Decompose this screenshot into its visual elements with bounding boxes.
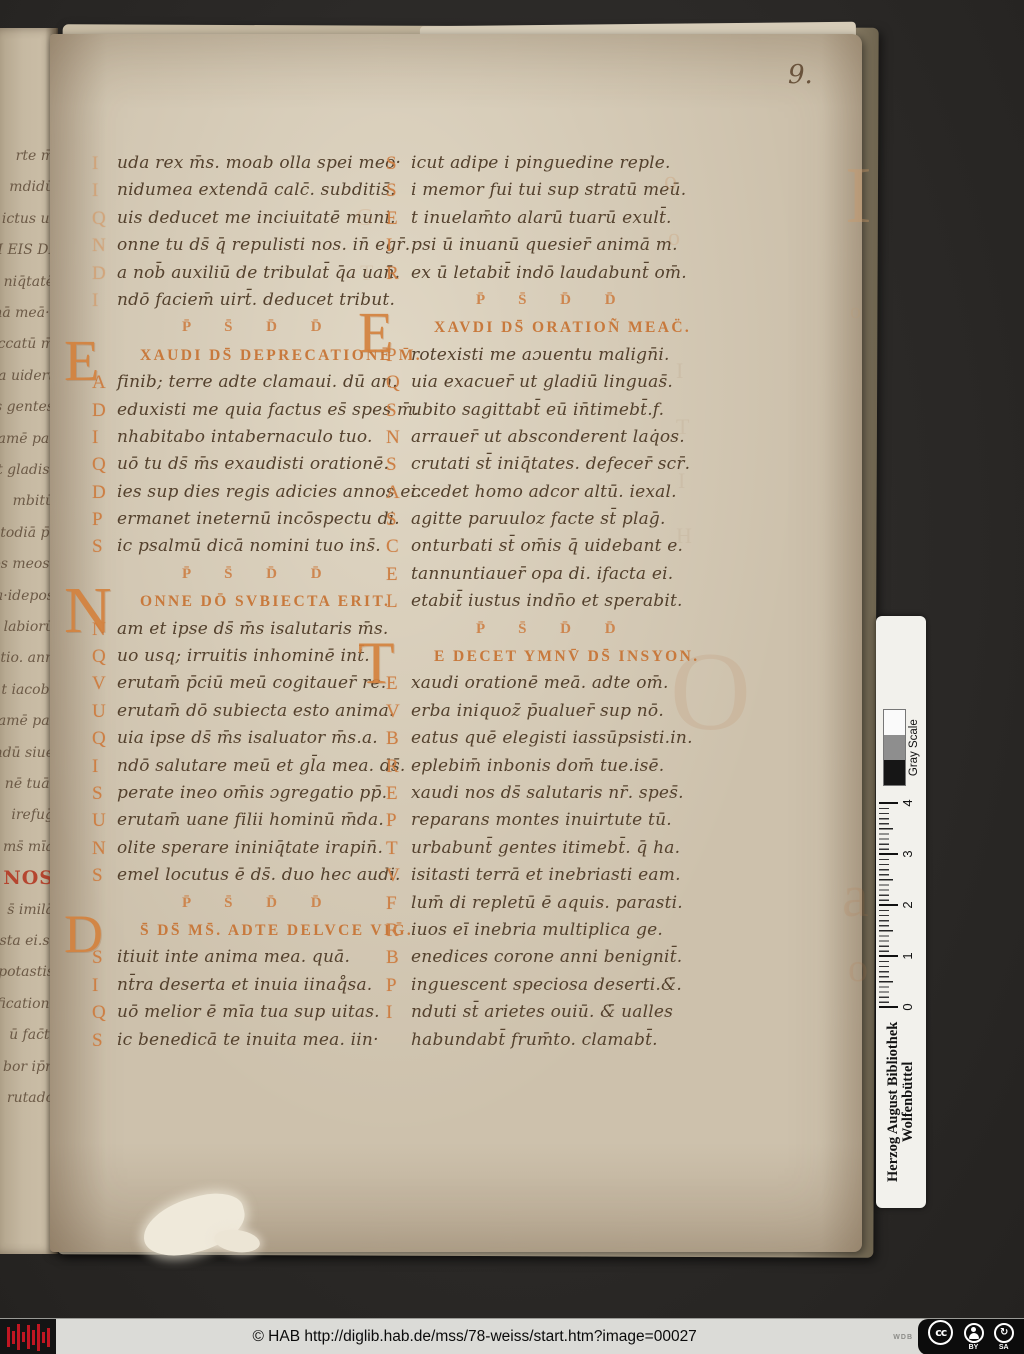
verse-line: Verutam̄ p̄ciū meū cogitauer̄ re.: [92, 670, 394, 697]
gutter-fragment: t iacob.: [1, 682, 54, 698]
versal-letter: N: [386, 424, 411, 451]
verse-line: Accedet homo adcor altū. iexal.: [386, 479, 688, 506]
wdb-mark: WDB: [893, 1334, 913, 1341]
gutter-fragment: usta ei.s.: [0, 933, 54, 949]
verse-line: Sitiuit inte anima mea. quā.: [92, 944, 394, 971]
gutter-fragment: ccatū m̄: [0, 336, 54, 352]
verse-text: erutam̄ dō subiecta esto anima.: [117, 698, 395, 725]
verse-line: Sic psalmū dicā nomini tuo ins̄.: [92, 533, 394, 560]
verse-line: Pinguescent speciosa deserti.&̄.: [386, 972, 688, 999]
versal-letter: N: [92, 232, 117, 259]
scanned-manuscript-view: rte m̄mdidūictus ulM EIS DIniq̄tatēnā me…: [0, 0, 1024, 1354]
verse-line: Indō salutare meū et gl̄a mea. ds̄.: [92, 753, 394, 780]
gutter-fragment: ms̄ mīa: [3, 839, 54, 855]
verse-text: a nob̄ auxiliū de tribulat̄ q̄a uan̄.: [117, 260, 400, 287]
gutter-fragment: s̄ imilā: [7, 902, 54, 918]
verse-line: Flum̄ di repletū ē aquis. parasti.: [386, 890, 688, 917]
psalm-incipit-heading: E DECET YMNV̄ DS̄ INSYON.: [386, 643, 688, 670]
verse-line: Nam et ipse ds̄ m̄s isalutaris m̄s.: [92, 616, 394, 643]
versal-letter: R: [386, 260, 411, 287]
verse-text: erutam̄ p̄ciū meū cogitauer̄ re.: [117, 670, 386, 697]
ruler-strip: Herzog August Bibliothek Wolfenbüttel 01…: [876, 616, 926, 1208]
gray-scale-label: Gray Scale: [908, 719, 920, 776]
verse-line: Nonne tu ds̄ q̄ repulisti nos. in̄ egr̄.: [92, 232, 394, 259]
patch-white: [884, 710, 905, 735]
verse-text: nduti st̄ arietes ouiū. &̄ ualles: [411, 999, 673, 1026]
verse-text: uis deducet me inciuitatē muni.: [117, 205, 396, 232]
verse-text: iuos eī inebria multiplica ge.: [411, 917, 663, 944]
verse-line: Subito sagittabt̄ eū in̄timebt̄.f.: [386, 397, 688, 424]
psalm-initial: E: [64, 332, 99, 390]
versal-letter: V: [386, 862, 411, 889]
footer-credit-url[interactable]: © HAB http://diglib.hab.de/mss/78-weiss/…: [56, 1328, 893, 1346]
versal-letter: S: [92, 1027, 117, 1054]
versal-letter: S: [386, 506, 411, 533]
versal-letter: Q: [92, 205, 117, 232]
versal-letter: S: [386, 150, 411, 177]
verse-text: eplebim̄ inbonis dom̄ tue.isē.: [411, 753, 664, 780]
gutter-fragment: nē tuā.: [5, 776, 54, 792]
versal-letter: Q: [92, 725, 117, 752]
verse-text: xaudi nos ds̄ salutaris nr̄. spes̄.: [411, 780, 684, 807]
gutter-fragment: nā meā·i: [0, 305, 54, 321]
verse-line: Quo usq; irruitis inhominē int̄.: [92, 643, 394, 670]
versal-letter: U: [92, 698, 117, 725]
gutter-fragment: t gladis.: [0, 462, 54, 478]
verse-text: lum̄ di repletū ē aquis. parasti.: [411, 890, 683, 917]
text-column-right: Sicut adipe i pinguedine reple.Si memor …: [386, 150, 688, 1054]
psalm-rubric: P̄ S̄ D̄ D̄: [386, 287, 688, 314]
verse-text: rotexisti me aɔuentu malign̄i.: [411, 342, 670, 369]
verse-text: urbabunt̄ gentes itimebt̄. q̄ ha.: [411, 835, 680, 862]
verse-text: psi ū inuanū quesier̄ animā m.: [411, 232, 678, 259]
reference-ruler: Herzog August Bibliothek Wolfenbüttel 01…: [876, 616, 926, 1208]
psalm-incipit-heading: ONNE DŌ SVBIECTA ERIT.: [92, 588, 394, 615]
gutter-fragment: a uidert: [0, 368, 54, 384]
verse-line: Uerutam̄ uane filii hominū m̄da.: [92, 807, 394, 834]
versal-letter: T: [386, 835, 411, 862]
versal-letter: S: [92, 780, 117, 807]
psalm-incipit-heading: XAUDI DS̄ DEPRECATIONĒ M̄.: [92, 342, 394, 369]
versal-letter: I: [92, 177, 117, 204]
cc-icon-group: cc: [928, 1320, 953, 1354]
verse-text: ic psalmū dicā nomini tuo ins̄.: [117, 533, 381, 560]
gutter-fragment: labiorū: [4, 619, 54, 635]
sa-label: SA: [999, 1344, 1009, 1352]
by-label: BY: [969, 1344, 979, 1352]
library-name-line1: Herzog August Bibliothek: [886, 1022, 902, 1182]
ruler-number: 0: [900, 1003, 915, 1010]
versal-letter: D: [92, 479, 117, 506]
verse-line: Inhabitabo intabernaculo tuo.: [92, 424, 394, 451]
verse-text: uda rex m̄s. moab olla spei meo·: [117, 150, 401, 177]
verse-text: isitasti terrā et inebriasti eam.: [411, 862, 681, 889]
verse-text: onne tu ds̄ q̄ repulisti nos. in̄ egr̄.: [117, 232, 410, 259]
verse-text: i memor fui tui sup stratū meū.: [411, 177, 686, 204]
verse-text: agitte paruuloz facte st̄ plaḡ.: [411, 506, 666, 533]
versal-letter: P: [386, 972, 411, 999]
verse-line: Sicut adipe i pinguedine reple.: [386, 150, 688, 177]
versal-letter: P: [386, 807, 411, 834]
verse-text: emel locutus ē ds̄. duo hec audi.: [117, 862, 401, 889]
ruler-number: 3: [900, 850, 915, 857]
gutter-fragment: irefuḡ: [11, 807, 54, 823]
verse-text: ccedet homo adcor altū. iexal.: [411, 479, 677, 506]
share-alike-arrow-icon: ↻: [994, 1323, 1014, 1343]
patch-gray: [884, 735, 905, 760]
verse-text: tannuntiauer̄ opa di. ifacta ei.: [411, 561, 673, 588]
verse-text: eduxisti me quia factus es̄ spes m̄.: [117, 397, 419, 424]
gutter-fragment: rutado: [7, 1090, 54, 1106]
verse-text: uo usq; irruitis inhominē int̄.: [117, 643, 370, 670]
gutter-fragment: fication.: [0, 996, 54, 1012]
gutter-fragment: a·idepos: [0, 588, 54, 604]
verse-text: ubito sagittabt̄ eū in̄timebt̄.f.: [411, 397, 664, 424]
versal-letter: Q: [92, 643, 117, 670]
verse-text: icut adipe i pinguedine reple.: [411, 150, 671, 177]
versal-letter: I: [386, 232, 411, 259]
verse-line: Int̄ra deserta et inuia iinaq̊sa.: [92, 972, 394, 999]
verse-line: Riuos eī inebria multiplica ge.: [386, 917, 688, 944]
gray-scale-patches: [883, 709, 906, 786]
gutter-fragment: ictus ul: [2, 211, 54, 227]
verse-text: reparans montes inuirtute tū.: [411, 807, 672, 834]
verse-text: uō tu ds̄ m̄s exaudisti orationē.: [117, 451, 389, 478]
ruler-number: 4: [900, 799, 915, 806]
verse-line: Ipsi ū inuanū quesier̄ animā m.: [386, 232, 688, 259]
gutter-fragment: rte m̄: [16, 148, 54, 164]
verse-text: nt̄ra deserta et inuia iinaq̊sa.: [117, 972, 372, 999]
folio-number: 9.: [788, 60, 813, 90]
versal-letter: Q: [92, 451, 117, 478]
verse-line: Benedices corone anni benignit̄.: [386, 944, 688, 971]
versal-letter: S: [92, 533, 117, 560]
versal-letter: S: [386, 177, 411, 204]
verse-line: Induti st̄ arietes ouiū. &̄ ualles: [386, 999, 688, 1026]
verse-text: enedices corone anni benignit̄.: [411, 944, 682, 971]
verse-line: Permanet ineternū incōspectu di.: [92, 506, 394, 533]
hab-barcode-logo: [0, 1319, 56, 1354]
versal-letter: E: [386, 561, 411, 588]
cm-scale: 01234: [876, 796, 926, 1008]
psalm-initial: E: [358, 304, 393, 362]
verse-line: Indō faciem̄ uirt̄. deducet tribut.: [92, 287, 394, 314]
versal-letter: I: [92, 287, 117, 314]
gutter-fragment: famē pa.: [0, 713, 54, 729]
versal-letter: D: [92, 397, 117, 424]
versal-letter: S: [92, 862, 117, 889]
psalm-rubric: P̄ S̄ D̄ D̄: [92, 890, 394, 917]
verse-line: Sic benedicā te inuita mea. iin·: [92, 1027, 394, 1054]
verse-line: habundabt̄ frum̄to. clamabt̄.: [386, 1027, 688, 1054]
verse-text: uia exacuer̄ ut gladiū linguas̄.: [411, 369, 673, 396]
psalm-incipit-heading: S̄ DS̄ MS̄. ADTE DELVCE VIḠ.: [92, 917, 394, 944]
verse-line: Et inuelam̄to alarū tuarū exult̄.: [386, 205, 688, 232]
psalm-rubric: P̄ S̄ D̄ D̄: [92, 314, 394, 341]
versal-letter: I: [92, 150, 117, 177]
verse-text: inguescent speciosa deserti.&̄.: [411, 972, 682, 999]
versal-letter: I: [386, 999, 411, 1026]
versal-letter: C: [386, 533, 411, 560]
versal-letter: I: [92, 753, 117, 780]
psalm-rubric: P̄ S̄ D̄ D̄: [92, 561, 394, 588]
verse-line: Quō melior ē mīa tua sup uitas.: [92, 999, 394, 1026]
versal-letter: B: [386, 725, 411, 752]
verse-text: ndō salutare meū et gl̄a mea. ds̄.: [117, 753, 406, 780]
gutter-fragment: bor ip̄n: [3, 1059, 54, 1075]
gutter-fragment: mbitū: [13, 493, 54, 509]
verse-text: ies sup dies regis adicies annos ei.: [117, 479, 422, 506]
verse-line: Scrutati st̄ iniq̄tates. defecer̄ scr̄.: [386, 451, 688, 478]
verse-line: Deduxisti me quia factus es̄ spes m̄.: [92, 397, 394, 424]
versal-letter: [386, 1027, 411, 1054]
psalm-initial: N: [64, 578, 112, 644]
verse-line: Quia exacuer̄ ut gladiū linguas̄.: [386, 369, 688, 396]
patch-black: [884, 760, 905, 785]
versal-letter: P: [92, 506, 117, 533]
verse-line: Si memor fui tui sup stratū meū.: [386, 177, 688, 204]
versal-letter: I: [92, 424, 117, 451]
gutter-fragment: tio. ann: [0, 650, 54, 666]
attribution-person-icon: [964, 1323, 984, 1343]
gutter-fragment: ndū siue: [0, 745, 54, 761]
verse-line: Narrauer̄ ut absconderent laq̇os.: [386, 424, 688, 451]
psalm-rubric: P̄ S̄ D̄ D̄: [386, 616, 688, 643]
verse-line: Letabit̄ iustus indn̄o et sperabit.: [386, 588, 688, 615]
verse-line: Protexisti me aɔuentu malign̄i.: [386, 342, 688, 369]
verse-line: Quis deducet me inciuitatē muni.: [92, 205, 394, 232]
gutter-fragment: NOS: [3, 870, 54, 886]
psalm-initial: D: [64, 907, 103, 961]
verse-text: nidumea extendā calc̄. subditis̄.: [117, 177, 396, 204]
versal-letter: L: [386, 588, 411, 615]
verse-line: Semel locutus ē ds̄. duo hec audi.: [92, 862, 394, 889]
verse-text: ex ū letabit̄ indō laudabunt̄ om̄.: [411, 260, 687, 287]
versal-letter: S: [386, 397, 411, 424]
gutter-fragment: famē pa:: [0, 431, 54, 447]
verse-text: ermanet ineternū incōspectu di.: [117, 506, 400, 533]
verse-text: habundabt̄ frum̄to. clamabt̄.: [411, 1027, 658, 1054]
verse-text: ndō faciem̄ uirt̄. deducet tribut.: [117, 287, 395, 314]
ruler-ticks-major: [879, 801, 898, 1008]
by-icon-group: BY: [964, 1323, 984, 1352]
verse-line: Quia ipse ds̄ m̄s isaluator m̄s.a.: [92, 725, 394, 752]
verse-text: arrauer̄ ut absconderent laq̇os.: [411, 424, 685, 451]
verse-line: Exaudi orationē meā. adte om̄.: [386, 670, 688, 697]
versal-letter: Q: [386, 369, 411, 396]
versal-letter: F: [386, 890, 411, 917]
verse-line: Afinib; terre adte clamaui. dū an.: [92, 369, 394, 396]
verse-text: ic benedicā te inuita mea. iin·: [117, 1027, 379, 1054]
verse-text: t inuelam̄to alarū tuarū exult̄.: [411, 205, 672, 232]
verse-text: perate ineo om̄is ɔgregatio pp̄.: [117, 780, 387, 807]
verse-text: onturbati st̄ om̄is q̄ uidebant e.: [411, 533, 683, 560]
gutter-fragment: stodiā p̄i: [0, 525, 54, 541]
gutter-fragment: M EIS DI: [0, 242, 54, 258]
verse-line: Uerutam̄ dō subiecta esto anima.: [92, 698, 394, 725]
verse-text: nhabitabo intabernaculo tuo.: [117, 424, 373, 451]
verse-text: uia ipse ds̄ m̄s isaluator m̄s.a.: [117, 725, 378, 752]
verse-line: Exaudi nos ds̄ salutaris nr̄. spes̄.: [386, 780, 688, 807]
versal-letter: A: [386, 479, 411, 506]
cc-license-badge[interactable]: cc BY ↻ SA: [918, 1319, 1024, 1354]
versal-letter: B: [386, 944, 411, 971]
library-name: Herzog August Bibliothek Wolfenbüttel: [886, 1022, 917, 1182]
versal-letter: V: [386, 698, 411, 725]
verse-line: Verba iniquoz̄ p̄ualuer̄ sup nō.: [386, 698, 688, 725]
verse-line: Dies sup dies regis adicies annos ei.: [92, 479, 394, 506]
versal-letter: R: [386, 917, 411, 944]
verse-line: Sagitte paruuloz facte st̄ plaḡ.: [386, 506, 688, 533]
gutter-fragment: potastis: [0, 964, 54, 980]
verse-line: Quō tu ds̄ m̄s exaudisti orationē.: [92, 451, 394, 478]
verse-text: finib; terre adte clamaui. dū an.: [117, 369, 398, 396]
versal-letter: S: [386, 451, 411, 478]
text-column-left: Iuda rex m̄s. moab olla spei meo·Inidume…: [92, 150, 394, 1054]
psalm-initial: T: [358, 633, 395, 693]
cc-icon: cc: [928, 1320, 953, 1345]
versal-letter: I: [92, 972, 117, 999]
verse-line: Beatus quē elegisti iassūpsisti.in.: [386, 725, 688, 752]
verse-line: Turbabunt̄ gentes itimebt̄. q̄ ha.: [386, 835, 688, 862]
verse-line: Nolite sperare ininiq̄tate irapin̄.: [92, 835, 394, 862]
versal-letter: Q: [92, 999, 117, 1026]
verse-text: am et ipse ds̄ m̄s isalutaris m̄s.: [117, 616, 389, 643]
verse-line: Conturbati st̄ om̄is q̄ uidebant e.: [386, 533, 688, 560]
gutter-fragment: n̄s gentes: [0, 399, 54, 415]
verse-line: Etannuntiauer̄ opa di. ifacta ei.: [386, 561, 688, 588]
verse-text: itiuit inte anima mea. quā.: [117, 944, 350, 971]
verse-text: erba iniquoz̄ p̄ualuer̄ sup nō.: [411, 698, 664, 725]
verse-line: Iuda rex m̄s. moab olla spei meo·: [92, 150, 394, 177]
psalm-incipit-heading: XAVDI DS̄ ORATIOÑ MEAC̈.: [386, 314, 688, 341]
library-name-line2: Wolfenbüttel: [901, 1022, 917, 1182]
gutter-fragment: mdidū: [9, 179, 54, 195]
verse-line: Rex ū letabit̄ indō laudabunt̄ om̄.: [386, 260, 688, 287]
verse-text: etabit̄ iustus indn̄o et sperabit.: [411, 588, 683, 615]
ruler-number: 1: [900, 952, 915, 959]
verse-line: Visitasti terrā et inebriasti eam.: [386, 862, 688, 889]
ruler-number: 2: [900, 901, 915, 908]
versal-letter: R: [386, 753, 411, 780]
verse-text: erutam̄ uane filii hominū m̄da.: [117, 807, 384, 834]
sa-icon-group: ↻ SA: [994, 1323, 1014, 1352]
verse-text: xaudi orationē meā. adte om̄.: [411, 670, 669, 697]
verse-text: olite sperare ininiq̄tate irapin̄.: [117, 835, 383, 862]
versal-letter: V: [92, 670, 117, 697]
footer-bar: © HAB http://diglib.hab.de/mss/78-weiss/…: [0, 1318, 1024, 1354]
verse-text: crutati st̄ iniq̄tates. defecer̄ scr̄.: [411, 451, 690, 478]
versal-letter: D: [92, 260, 117, 287]
verse-text: eatus quē elegisti iassūpsisti.in.: [411, 725, 693, 752]
versal-letter: U: [92, 807, 117, 834]
gutter-fragment: ū fac̄t.: [9, 1027, 54, 1043]
verse-line: Preparans montes inuirtute tū.: [386, 807, 688, 834]
versal-letter: E: [386, 205, 411, 232]
verse-line: Replebim̄ inbonis dom̄ tue.isē.: [386, 753, 688, 780]
verse-line: Sperate ineo om̄is ɔgregatio pp̄.: [92, 780, 394, 807]
gutter-fragment: niq̄tatē: [4, 274, 54, 290]
verse-line: Da nob̄ auxiliū de tribulat̄ q̄a uan̄.: [92, 260, 394, 287]
versal-letter: N: [92, 835, 117, 862]
gutter-fragment: os meos.: [0, 556, 54, 572]
verse-text: uō melior ē mīa tua sup uitas.: [117, 999, 380, 1026]
gray-scale-target: Gray Scale: [883, 708, 920, 788]
verse-line: Inidumea extendā calc̄. subditis̄.: [92, 177, 394, 204]
versal-letter: E: [386, 780, 411, 807]
